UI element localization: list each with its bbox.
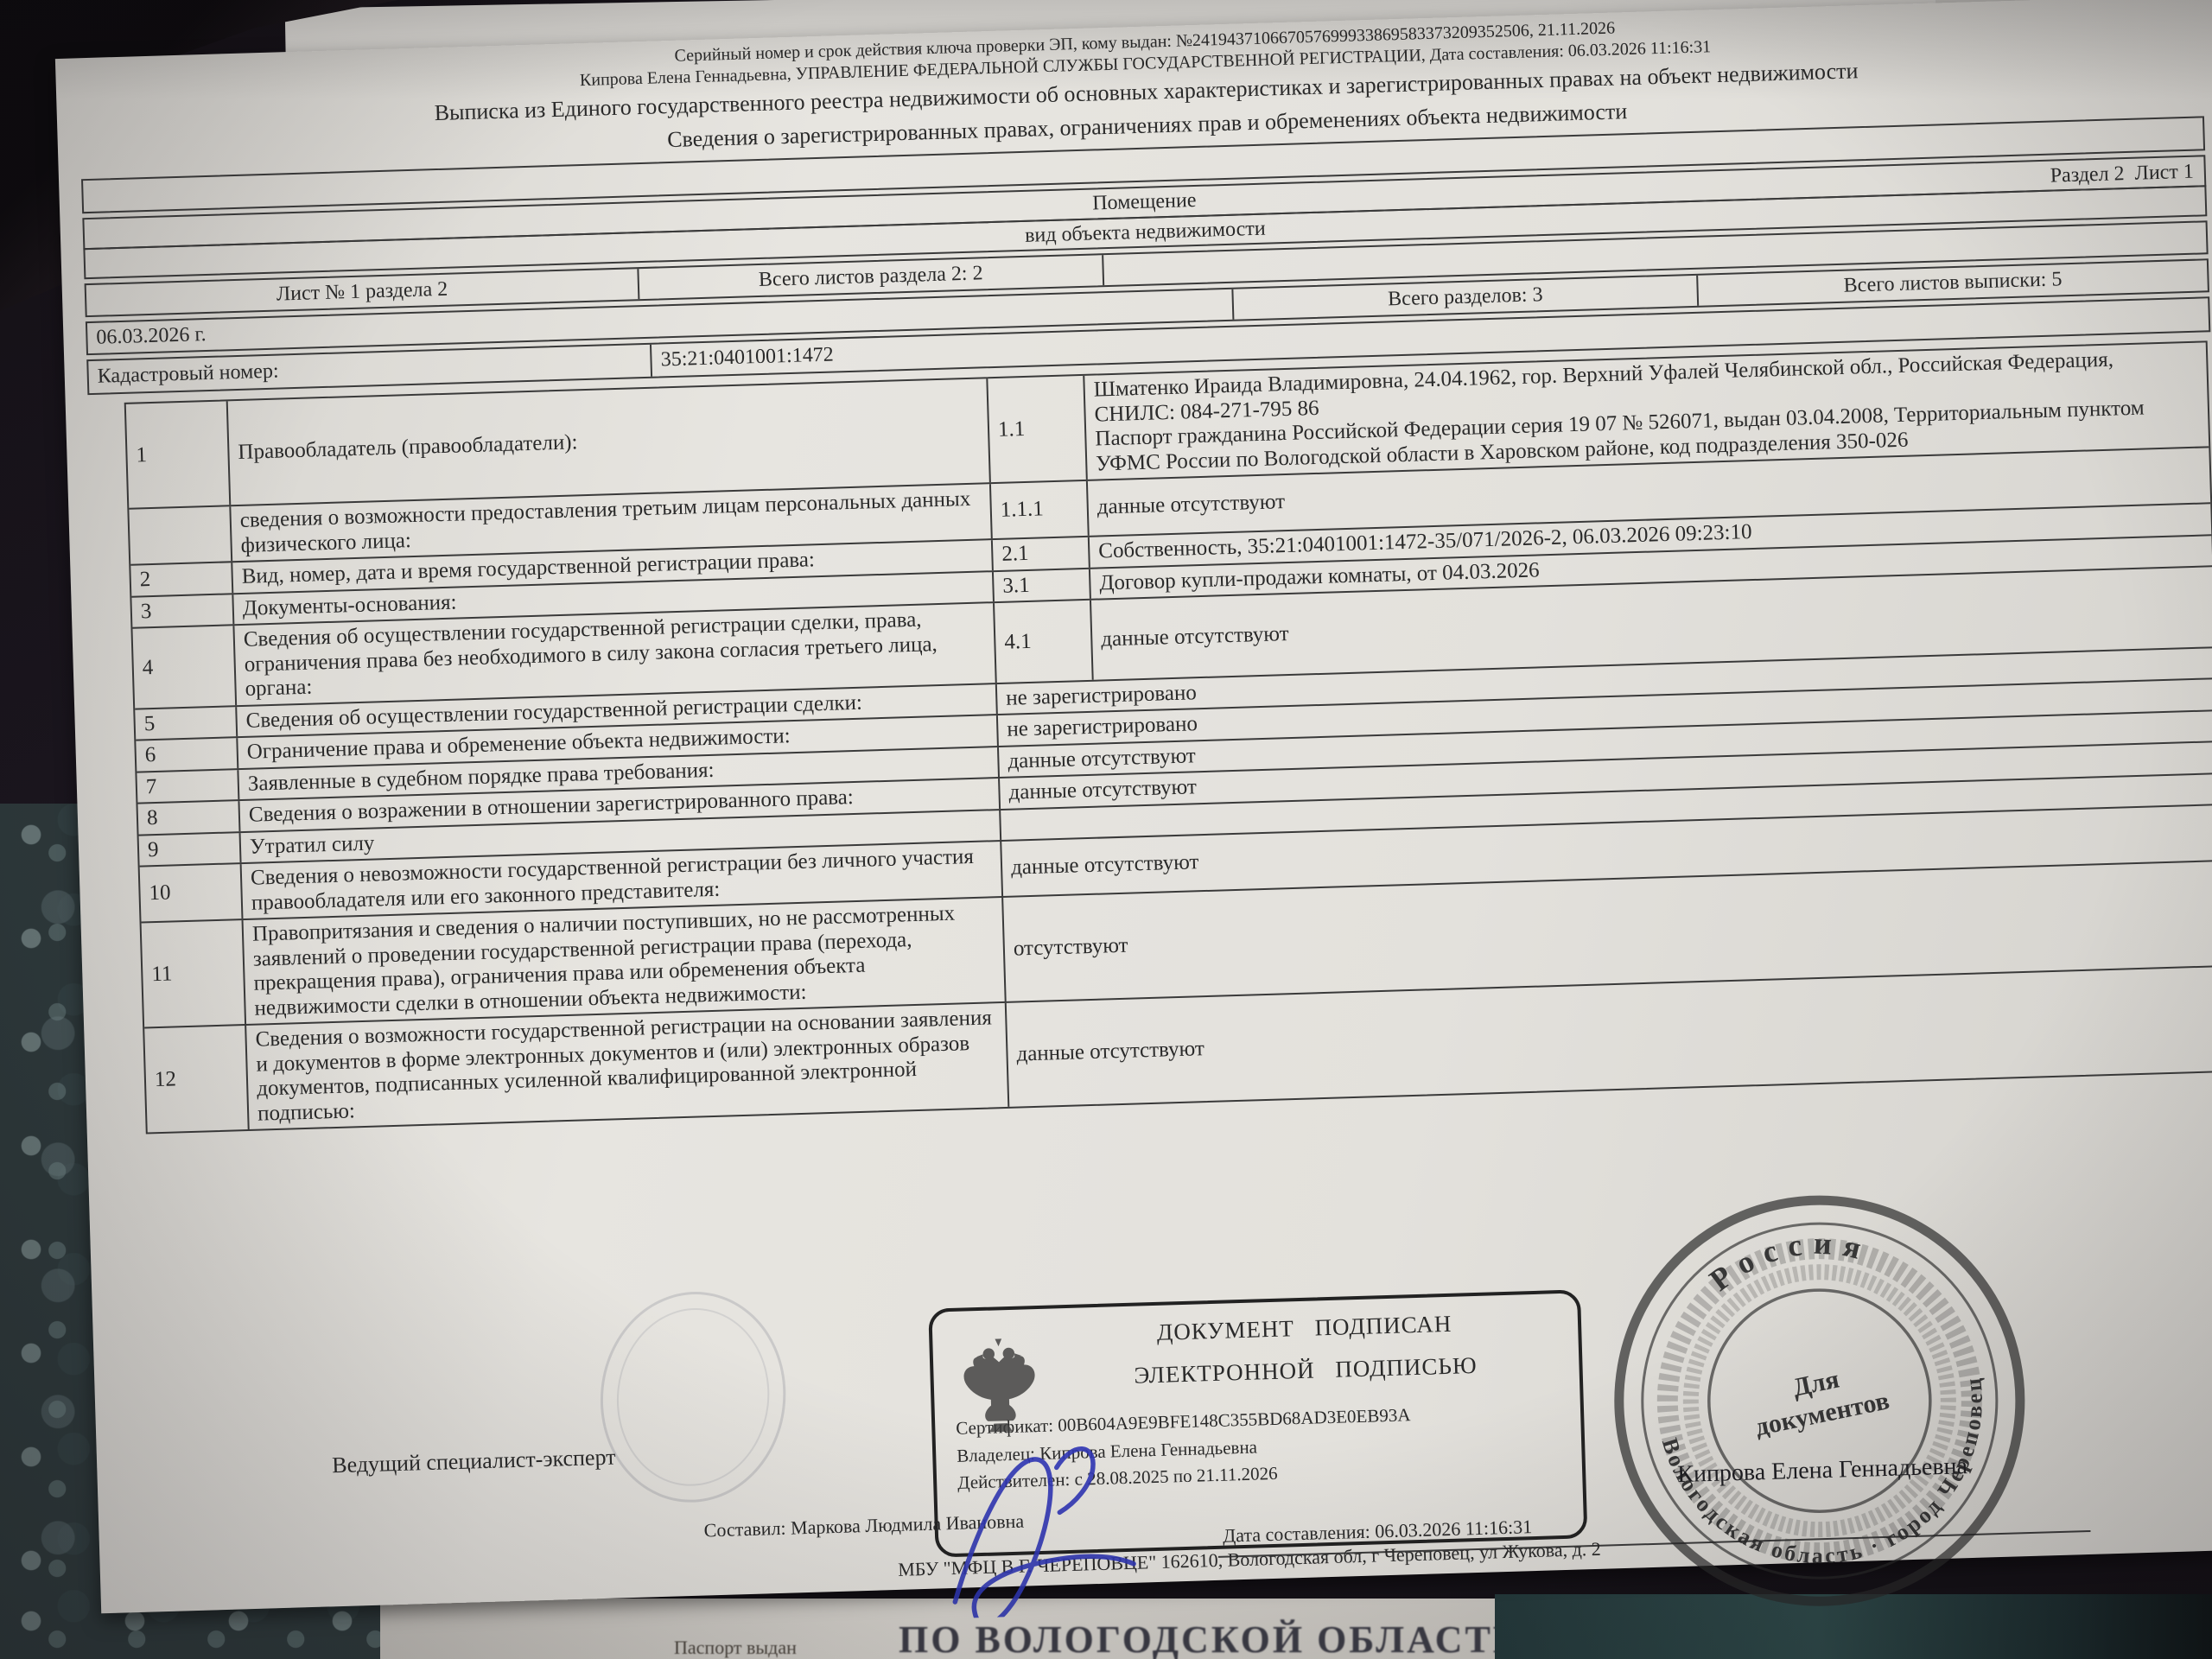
background-region-text: ПО ВОЛОГОДСКОЙ ОБЛАСТИ (899, 1618, 1525, 1659)
object-type-label: вид объекта недвижимости (1025, 217, 1266, 247)
coat-of-arms-icon (957, 1332, 1042, 1436)
row-number: 11 (142, 920, 247, 1027)
row-number: 9 (139, 833, 242, 866)
row-number: 2 (130, 563, 233, 595)
section-sheet-label: Раздел 2 Лист 1 (2050, 161, 2194, 188)
row-subnumber: 1.1.1 (991, 481, 1090, 538)
stamp-title-line1: ДОКУМЕНТ ПОДПИСАН (1048, 1309, 1561, 1348)
row-label: Сведения о возможности государственной р… (246, 1003, 1009, 1129)
rights-table: 1Правообладатель (правообладатели):1.1Шм… (124, 340, 2212, 1134)
handwritten-signature (925, 1425, 1216, 1619)
row-number: 7 (137, 770, 239, 803)
row-label: Правопритязания и сведения о наличии пос… (244, 898, 1007, 1024)
row-number: 4 (132, 626, 237, 708)
total-sections-cell: Всего разделов: 3 (1232, 276, 1700, 320)
row-number: 1 (126, 401, 232, 507)
total-sheets-section-cell: Всего листов раздела 2: 2 (637, 255, 1104, 299)
row-number: 8 (137, 801, 240, 834)
watermark-stamp (589, 1282, 796, 1512)
signatory-position: Ведущий специалист-эксперт (332, 1445, 616, 1479)
document-sheet: Серийный номер и срок действия ключа про… (55, 0, 2212, 1613)
row-subnumber: 4.1 (995, 601, 1094, 683)
round-ink-stamp: Россия Вологодская область · город Череп… (1567, 1148, 2072, 1653)
row-subnumber: 1.1 (988, 376, 1088, 482)
row-number: 5 (135, 707, 238, 740)
row-subnumber: 2.1 (993, 537, 1090, 570)
photo-background: Паспорт выдан ПО ВОЛОГОДСКОЙ ОБЛАСТИ Сер… (0, 0, 2212, 1659)
row-number: 6 (136, 738, 238, 771)
row-label: Правообладатель (правообладатели): (228, 378, 991, 505)
row-number: 10 (140, 864, 244, 921)
background-passport-text: Паспорт выдан (674, 1637, 797, 1659)
row-number (129, 506, 232, 563)
row-number: 3 (131, 594, 234, 627)
row-subnumber: 3.1 (994, 569, 1091, 601)
row-number: 12 (144, 1026, 250, 1132)
object-type-value: Помещение (1092, 189, 1197, 216)
stamp-title-line2: ЭЛЕКТРОННОЙ ПОДПИСЬЮ (1049, 1351, 1562, 1390)
